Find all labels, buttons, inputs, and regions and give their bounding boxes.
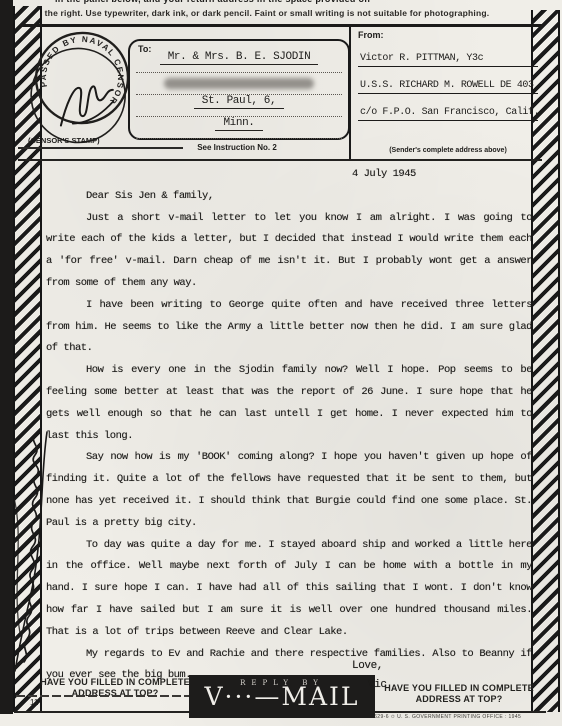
page-mark: 11 [30, 698, 38, 707]
paragraph: How is every one in the Sjodin family no… [46, 360, 532, 447]
footer-line-left [16, 695, 192, 697]
to-line-state: Minn. [136, 117, 342, 139]
paragraph: I have been writing to George quite ofte… [46, 295, 532, 360]
margin-signature-stroke [24, 434, 38, 662]
header-divider [349, 27, 351, 159]
typed-signature: Vic [368, 679, 387, 691]
letter-date: 4 July 1945 [46, 164, 532, 186]
paragraph: Say now how is my 'BOOK' coming along? I… [46, 447, 532, 534]
salutation: Dear Sis Jen & family, [46, 186, 532, 208]
address-reminder-right: HAVE YOU FILLED IN COMPLETE ADDRESS AT T… [378, 683, 540, 705]
sender-ship: U.S.S. RICHARD M. ROWELL DE 403 [358, 80, 538, 94]
vmail-logo: REPLY BY V···—MAIL [189, 675, 375, 718]
recipient-name: Mr. & Mrs. B. E. SJODIN [160, 51, 319, 65]
header-rule-full [18, 159, 542, 161]
vmail-letter-scan: in the panel below, and your return addr… [0, 0, 562, 726]
to-line-city: St. Paul, 6, [136, 95, 342, 117]
censor-signature [53, 80, 118, 126]
vmail-logo-text: V···—MAIL [189, 684, 375, 710]
header-rule-left [18, 147, 183, 149]
margin-signature-flourish [14, 498, 20, 633]
from-address-block: From: Victor R. PITTMAN, Y3c U.S.S. RICH… [358, 30, 538, 121]
margin-handwritten-signature [2, 428, 56, 680]
redacted-address-line [164, 78, 314, 89]
to-line-street [136, 73, 342, 95]
letter-body: 4 July 1945 Dear Sis Jen & family, Just … [46, 164, 532, 687]
to-address-box: To: Mr. & Mrs. B. E. SJODIN St. Paul, 6,… [128, 39, 350, 140]
from-label: From: [358, 30, 538, 40]
sender-address-caption: (Sender's complete address above) [358, 147, 538, 154]
recipient-city: St. Paul, 6, [194, 95, 284, 109]
sender-name: Victor R. PITTMAN, Y3c [358, 53, 538, 67]
paragraph: Just a short v-mail letter to let you kn… [46, 208, 532, 295]
clipped-instruction-line: in the panel below, and your return addr… [55, 0, 485, 7]
to-line-name: Mr. & Mrs. B. E. SJODIN [136, 51, 342, 73]
sender-address: c/o F.P.O. San Francisco, Calif. [358, 107, 538, 121]
printing-office-note: 16—35629-6 ✩ U. S. GOVERNMENT PRINTING O… [356, 714, 538, 720]
paragraph: To day was quite a day for me. I stayed … [46, 535, 532, 644]
recipient-state: Minn. [215, 117, 262, 131]
closing: Love, [352, 660, 383, 672]
